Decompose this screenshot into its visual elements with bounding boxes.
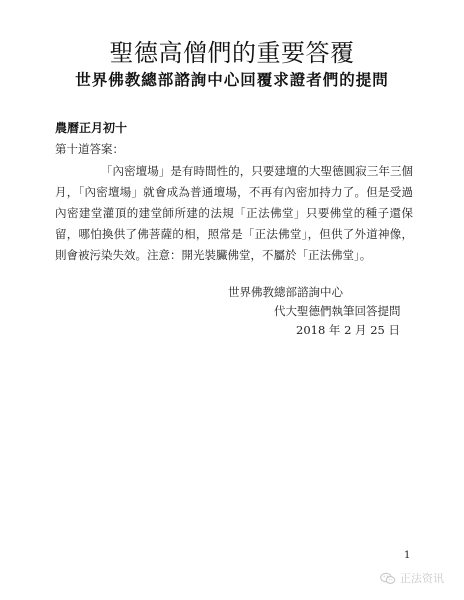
- page-subtitle: 世界佛教總部諮詢中心回覆求證者們的提問: [0, 70, 464, 90]
- page-number: 1: [404, 550, 410, 561]
- watermark-text: 正法资讯: [400, 570, 444, 586]
- lunar-date-heading: 農曆正月初十: [55, 120, 127, 136]
- signature-author: 代大聖德們執筆回答提問: [274, 302, 401, 321]
- wechat-icon: [380, 572, 396, 585]
- signature-date: 2018 年 2 月 25 日: [296, 321, 400, 340]
- signature-organization: 世界佛教總部諮詢中心: [228, 283, 343, 302]
- watermark: 正法资讯: [380, 570, 444, 586]
- answer-label: 第十道答案：: [55, 141, 124, 157]
- page-title: 聖德高僧們的重要答覆: [0, 38, 464, 68]
- document-page: 聖德高僧們的重要答覆 世界佛教總部諮詢中心回覆求證者們的提問 農曆正月初十 第十…: [0, 0, 464, 600]
- answer-body: 「內密壇場」是有時間性的，只要建壇的大聖德圓寂三年三個月，「內密壇場」就會成為普…: [55, 161, 413, 266]
